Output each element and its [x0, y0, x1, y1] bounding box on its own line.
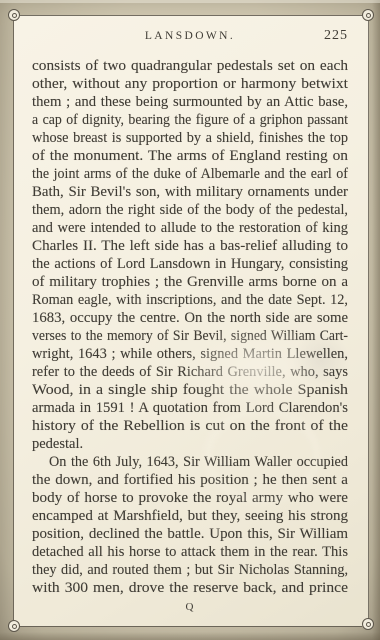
text-line: On the 6th July, 1643, Sir William Walle… [32, 454, 348, 472]
text-line: other, without any proportion or harmony… [32, 76, 348, 94]
text-line-content: a cap of dignity, bearing the figure of … [32, 112, 348, 129]
text-line: encamped at Marshfield, but they, seeing… [32, 508, 348, 526]
signature-mark: Q [32, 601, 348, 613]
page-edge-highlight-top [0, 0, 380, 3]
text-line-content: wright, 1643 ; while others, signed Mart… [32, 346, 348, 363]
text-line: refer to the deeds of Sir Richard Grenvi… [32, 364, 348, 382]
frame-rule-left [13, 21, 14, 620]
text-line: a cap of dignity, bearing the figure of … [32, 112, 348, 130]
text-line-content: and were intended to allude to the resto… [32, 220, 348, 237]
text-line: the joint arms of the duke of Albemarle … [32, 166, 348, 184]
text-line-content: they did, and routed them ; but Sir Nich… [32, 562, 348, 579]
text-line-content: other, without any proportion or harmony… [32, 76, 348, 93]
text-line: position, declined the battle. Upon this… [32, 526, 348, 544]
paragraph-1: consists of two quadrangular pedestals s… [32, 58, 348, 454]
text-line: detached all his horse to attack them in… [32, 544, 348, 562]
text-line: whose breast is supported by a shield, f… [32, 130, 348, 148]
text-line-content: body of horse to provoke the royal army … [32, 490, 348, 507]
page-number: 225 [324, 28, 348, 44]
text-line-content: Charles II. The left side has a bas-reli… [32, 238, 348, 255]
text-line: armada in 1591 ! A quotation from Lord C… [32, 400, 348, 418]
text-line: body of horse to provoke the royal army … [32, 490, 348, 508]
corner-ring-ornament-top-right [362, 9, 374, 21]
text-line: 1683, occupy the centre. On the north si… [32, 310, 348, 328]
text-line: they did, and routed them ; but Sir Nich… [32, 562, 348, 580]
text-line-content: of military trophies ; the Grenville arm… [32, 274, 348, 291]
text-line: Bath, Sir Bevil's son, with military orn… [32, 184, 348, 202]
text-line: verses to the memory of Sir Bevil, signe… [32, 328, 348, 346]
text-line: the down, and fortified his position ; h… [32, 472, 348, 490]
text-line: pedestal. [32, 436, 348, 454]
text-line-content: 1683, occupy the centre. On the north si… [32, 310, 348, 327]
text-line-content: refer to the deeds of Sir Richard Grenvi… [32, 364, 348, 381]
text-line: them ; and these being surmounted by an … [32, 94, 348, 112]
page-edge-shadow-right [372, 0, 380, 640]
text-line: consists of two quadrangular pedestals s… [32, 58, 348, 76]
text-line-content: the down, and fortified his position ; h… [32, 472, 348, 489]
text-line: Wood, in a single ship fought the whole … [32, 382, 348, 400]
paragraph-2: On the 6th July, 1643, Sir William Walle… [32, 454, 348, 598]
text-line-content: pedestal. [32, 436, 83, 453]
text-line-content: consists of two quadrangular pedestals s… [32, 58, 348, 75]
text-line: of the monument. The arms of England res… [32, 148, 348, 166]
text-line: with 300 men, drove the reserve back, an… [32, 580, 348, 598]
text-line: Charles II. The left side has a bas-reli… [32, 238, 348, 256]
text-line-content: armada in 1591 ! A quotation from Lord C… [32, 400, 348, 417]
text-line-content: detached all his horse to attack them in… [32, 544, 348, 561]
corner-ring-ornament-bottom-left [8, 620, 20, 632]
frame-rule-right [368, 21, 369, 620]
text-line: them, adorn the right side of the body o… [32, 202, 348, 220]
text-line: of military trophies ; the Grenville arm… [32, 274, 348, 292]
frame-rule-bottom [20, 626, 362, 627]
corner-ring-ornament-bottom-right [362, 618, 374, 630]
text-line-content: Wood, in a single ship fought the whole … [32, 382, 348, 399]
text-line-content: whose breast is supported by a shield, f… [32, 130, 348, 147]
text-line-content: them, adorn the right side of the body o… [32, 202, 348, 219]
text-line: wright, 1643 ; while others, signed Mart… [32, 346, 348, 364]
running-header: LANSDOWN. 225 [32, 30, 348, 42]
text-line: and were intended to allude to the resto… [32, 220, 348, 238]
text-line-content: history of the Rebellion is cut on the f… [32, 418, 348, 435]
text-line: the actions of Lord Lansdown in Hungary,… [32, 256, 348, 274]
text-line-content: Roman eagle, with inscriptions, and the … [32, 292, 348, 309]
text-line-content: On the 6th July, 1643, Sir William Walle… [49, 454, 348, 471]
running-header-title: LANSDOWN. [32, 30, 348, 42]
book-page-scan: LANSDOWN. 225 consists of two quadrangul… [0, 0, 380, 640]
text-line: Roman eagle, with inscriptions, and the … [32, 292, 348, 310]
text-line-content: verses to the memory of Sir Bevil, signe… [32, 328, 348, 345]
text-line-content: position, declined the battle. Upon this… [32, 526, 348, 543]
text-line-content: the actions of Lord Lansdown in Hungary,… [32, 256, 348, 273]
text-line: history of the Rebellion is cut on the f… [32, 418, 348, 436]
frame-rule-top [20, 15, 362, 16]
corner-ring-ornament-top-left [8, 9, 20, 21]
page-edge-shadow-bottom [0, 632, 380, 640]
text-line-content: with 300 men, drove the reserve back, an… [32, 580, 348, 597]
text-line-content: encamped at Marshfield, but they, seeing… [32, 508, 348, 525]
text-line-content: them ; and these being surmounted by an … [32, 94, 348, 111]
text-line-content: the joint arms of the duke of Albemarle … [32, 166, 348, 183]
text-line-content: of the monument. The arms of England res… [32, 148, 348, 165]
page-body: consists of two quadrangular pedestals s… [32, 58, 348, 598]
text-line-content: Bath, Sir Bevil's son, with military orn… [32, 184, 348, 201]
